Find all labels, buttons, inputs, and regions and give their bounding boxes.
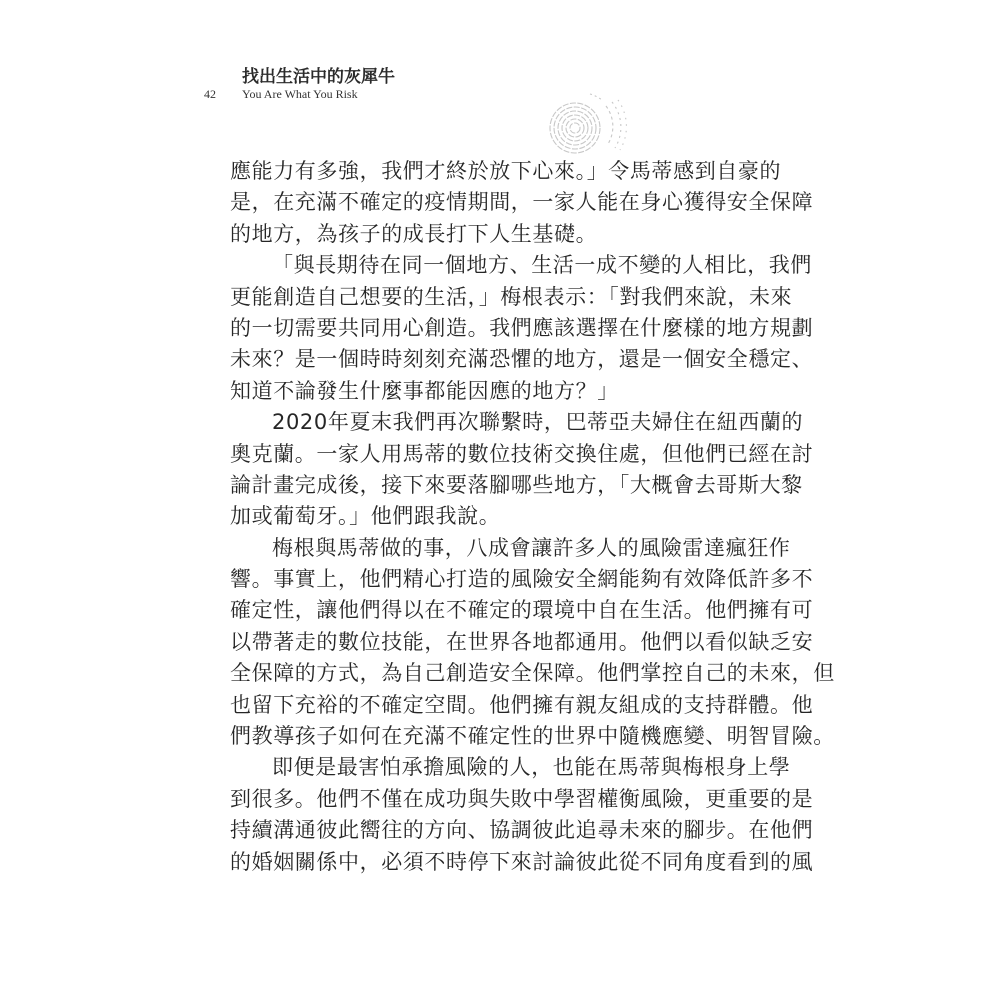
text-line: 全保障的方式，為自己創造安全保障。他們掌控自己的未來，但: [230, 658, 750, 689]
text-line: 更能創造自己想要的生活，」梅根表示：「對我們來說，未來: [230, 282, 750, 313]
paragraph-start-line: 「與長期待在同一個地方、生活一成不變的人相比，我們: [230, 250, 750, 281]
text-line: 未來？是一個時時刻刻充滿恐懼的地方，還是一個安全穩定、: [230, 344, 750, 375]
page-number: 42: [204, 87, 216, 102]
text-line: 應能力有多強，我們才終於放下心來。」令馬蒂感到自豪的: [230, 156, 750, 187]
text-line: 是，在充滿不確定的疫情期間，一家人能在身心獲得安全保障: [230, 187, 750, 218]
text-line: 持續溝通彼此嚮往的方向、協調彼此追尋未來的腳步。在他們: [230, 815, 750, 846]
text-line: 加或葡萄牙。」他們跟我說。: [230, 501, 750, 532]
text-line: 以帶著走的數位技能，在世界各地都通用。他們以看似缺乏安: [230, 627, 750, 658]
paragraph-start-line: 2020年夏末我們再次聯繫時，巴蒂亞夫婦住在紐西蘭的: [230, 407, 750, 438]
text-line: 論計畫完成後，接下來要落腳哪些地方，「大概會去哥斯大黎: [230, 470, 750, 501]
text-line: 知道不論發生什麼事都能因應的地方？」: [230, 376, 750, 407]
paragraph-start-line: 即便是最害怕承擔風險的人，也能在馬蒂與梅根身上學: [230, 752, 750, 783]
paragraph-start-line: 梅根與馬蒂做的事，八成會讓許多人的風險雷達瘋狂作: [230, 533, 750, 564]
text-line: 的一切需要共同用心創造。我們應該選擇在什麼樣的地方規劃: [230, 313, 750, 344]
book-subtitle: You Are What You Risk: [242, 87, 358, 102]
text-line: 的地方，為孩子的成長打下人生基礎。: [230, 219, 750, 250]
text-line: 確定性，讓他們得以在不確定的環境中自在生活。他們擁有可: [230, 595, 750, 626]
fingerprint-icon: [530, 88, 630, 168]
text-line: 到很多。他們不僅在成功與失敗中學習權衡風險，更重要的是: [230, 784, 750, 815]
text-line: 奧克蘭。一家人用馬蒂的數位技術交換住處，但他們已經在討: [230, 439, 750, 470]
running-head: 找出生活中的灰犀牛 42 You Are What You Risk: [200, 58, 560, 108]
text-line: 也留下充裕的不確定空間。他們擁有親友組成的支持群體。他: [230, 690, 750, 721]
text-line: 的婚姻關係中，必須不時停下來討論彼此從不同角度看到的風: [230, 847, 750, 878]
book-page: 找出生活中的灰犀牛 42 You Are What You Risk 應能力有多…: [0, 0, 1000, 1000]
body-text: 應能力有多強，我們才終於放下心來。」令馬蒂感到自豪的 是，在充滿不確定的疫情期間…: [230, 156, 750, 878]
book-title: 找出生活中的灰犀牛: [242, 62, 395, 87]
text-line: 們教導孩子如何在充滿不確定性的世界中隨機應變、明智冒險。: [230, 721, 750, 752]
text-line: 響。事實上，他們精心打造的風險安全網能夠有效降低許多不: [230, 564, 750, 595]
